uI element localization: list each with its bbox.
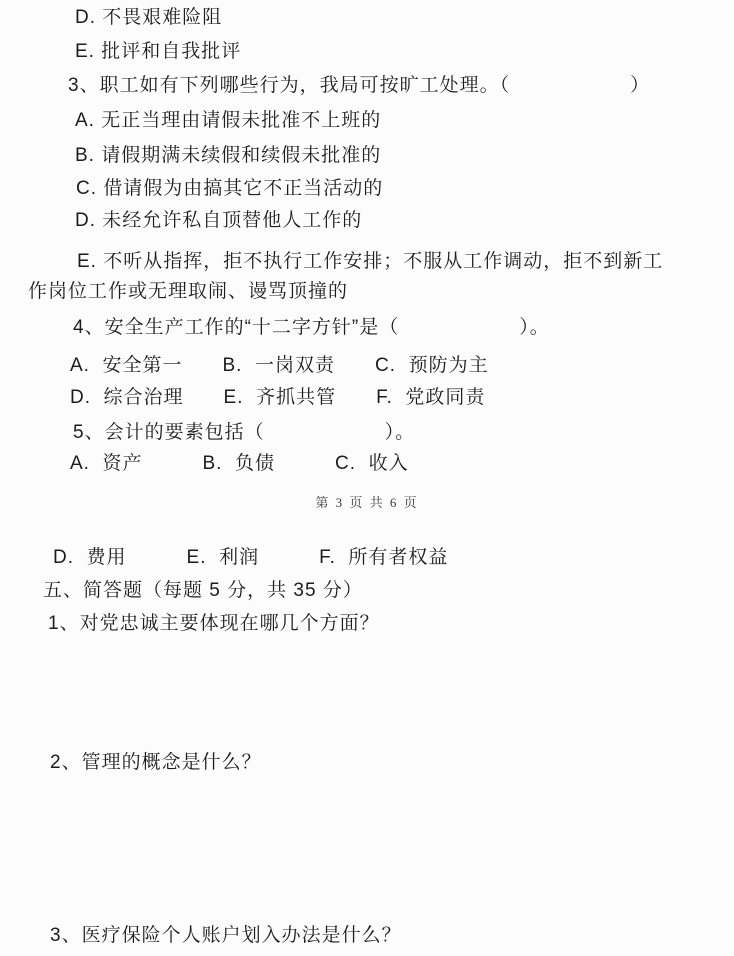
exam-document-page: D. 不畏艰难险阻 E. 批评和自我批评 3、职工如有下列哪些行为，我局可按旷工…: [0, 0, 734, 956]
q3-option-d: D. 未经允许私自顶替他人工作的: [75, 210, 362, 232]
question-3: 3、职工如有下列哪些行为，我局可按旷工处理。（ ）: [68, 75, 650, 97]
q5-options-def: D. 费用 E. 利润 F. 所有者权益: [53, 547, 448, 569]
page-footer: 第 3 页 共 6 页: [0, 492, 734, 511]
q3-option-e-cont: 作岗位工作或无理取闹、谩骂顶撞的: [28, 281, 348, 303]
q3-option-c: C. 借请假为由搞其它不正当活动的: [76, 178, 383, 200]
q3-option-e: E. 不听从指挥，拒不执行工作安排；不服从工作调动，拒不到新工: [77, 251, 663, 273]
section-heading-5: 五、简答题（每题 5 分，共 35 分）: [43, 580, 363, 602]
q3-option-a: A. 无正当理由请假未批准不上班的: [75, 110, 381, 132]
q4-options-abc: A. 安全第一 B. 一岗双责 C. 预防为主: [70, 355, 489, 377]
question-4: 4、安全生产工作的“十二字方针”是（ ）。: [73, 317, 550, 339]
q2-option-e: E. 批评和自我批评: [75, 41, 241, 63]
q5-options-abc: A. 资产 B. 负债 C. 收入: [70, 453, 409, 475]
q4-options-def: D. 综合治理 E. 齐抓共管 F. 党政同责: [70, 387, 485, 409]
q3-option-b: B. 请假期满未续假和续假未批准的: [75, 145, 381, 167]
short-answer-q3: 3、医疗保险个人账户划入办法是什么？: [50, 925, 402, 947]
question-5: 5、会计的要素包括（ ）。: [73, 422, 415, 444]
short-answer-q2: 2、管理的概念是什么？: [50, 752, 262, 774]
q2-option-d: D. 不畏艰难险阻: [75, 7, 222, 29]
short-answer-q1: 1、对党忠诚主要体现在哪几个方面？: [48, 613, 380, 635]
